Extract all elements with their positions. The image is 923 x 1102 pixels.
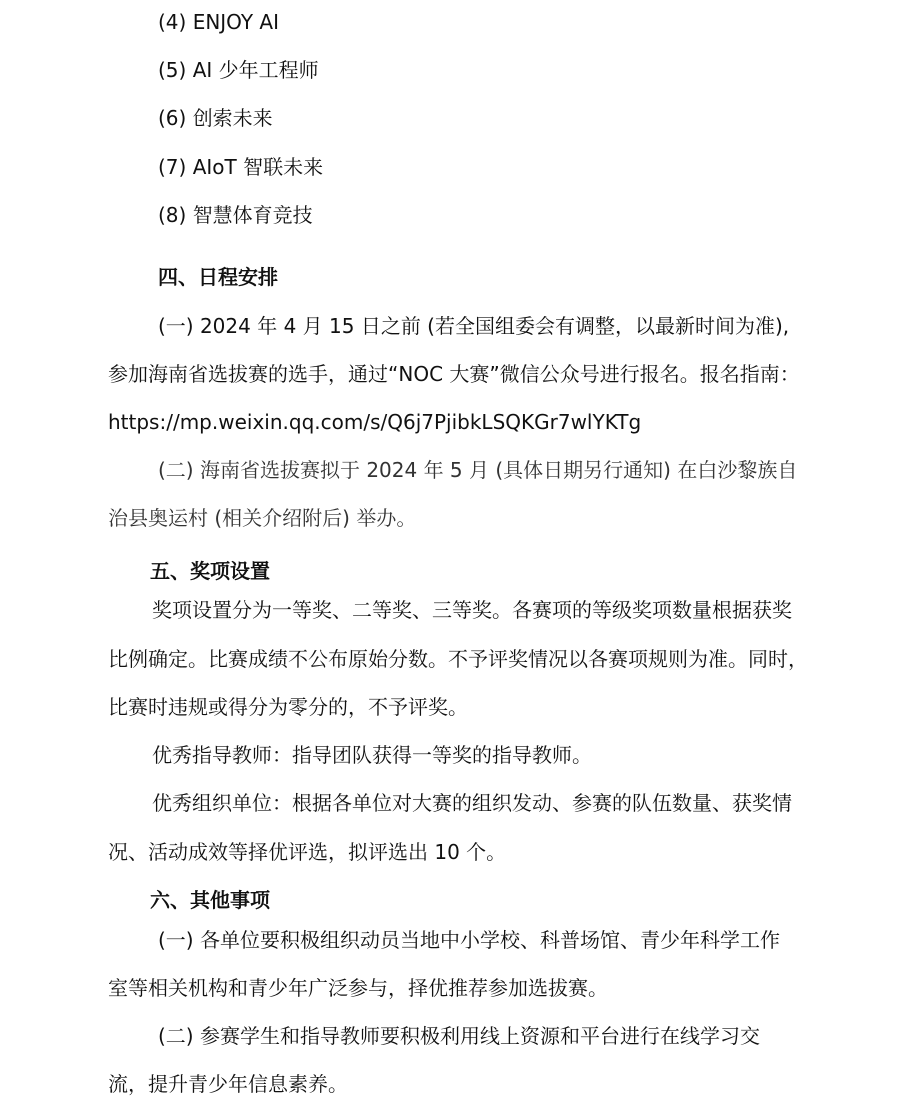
list-item: (7) AIoT 智联未来 bbox=[158, 155, 323, 179]
list-item: (4) ENJOY AI bbox=[158, 10, 279, 34]
section-heading-schedule: 四、日程安排 bbox=[158, 265, 278, 289]
section-heading-other: 六、其他事项 bbox=[150, 888, 270, 912]
paragraph-line: 比赛时违规或得分为零分的，不予评奖。 bbox=[108, 695, 468, 719]
paragraph-line: 优秀组织单位：根据各单位对大赛的组织发动、参赛的队伍数量、获奖情 bbox=[152, 791, 792, 815]
paragraph-line: 参加海南省选拔赛的选手，通过“NOC 大赛”微信公众号进行报名。报名指南： bbox=[108, 362, 800, 386]
list-item: (8) 智慧体育竞技 bbox=[158, 203, 313, 227]
paragraph-line: (二) 海南省选拔赛拟于 2024 年 5 月 (具体日期另行通知) 在白沙黎族… bbox=[158, 458, 797, 482]
paragraph-line: (二) 参赛学生和指导教师要积极利用线上资源和平台进行在线学习交 bbox=[158, 1024, 760, 1048]
section-heading-awards: 五、奖项设置 bbox=[150, 559, 270, 583]
paragraph-line: 优秀指导教师：指导团队获得一等奖的指导教师。 bbox=[152, 743, 592, 767]
paragraph-line: 治县奥运村 (相关介绍附后) 举办。 bbox=[108, 506, 416, 530]
paragraph-line: (一) 2024 年 4 月 15 日之前 (若全国组委会有调整，以最新时间为准… bbox=[158, 314, 789, 338]
paragraph-line: 况、活动成效等择优评选，拟评选出 10 个。 bbox=[108, 840, 506, 864]
list-item: (5) AI 少年工程师 bbox=[158, 58, 319, 82]
paragraph-line: 流，提升青少年信息素养。 bbox=[108, 1072, 348, 1096]
paragraph-line: 比例确定。比赛成绩不公布原始分数。不予评奖情况以各赛项规则为准。同时， bbox=[108, 647, 808, 671]
paragraph-line: 室等相关机构和青少年广泛参与，择优推荐参加选拔赛。 bbox=[108, 976, 608, 1000]
paragraph-line: (一) 各单位要积极组织动员当地中小学校、科普场馆、青少年科学工作 bbox=[158, 928, 780, 952]
list-item: (6) 创索未来 bbox=[158, 106, 273, 130]
registration-link[interactable]: https://mp.weixin.qq.com/s/Q6j7PjibkLSQK… bbox=[108, 410, 641, 434]
paragraph-line: 奖项设置分为一等奖、二等奖、三等奖。各赛项的等级奖项数量根据获奖 bbox=[152, 598, 792, 622]
